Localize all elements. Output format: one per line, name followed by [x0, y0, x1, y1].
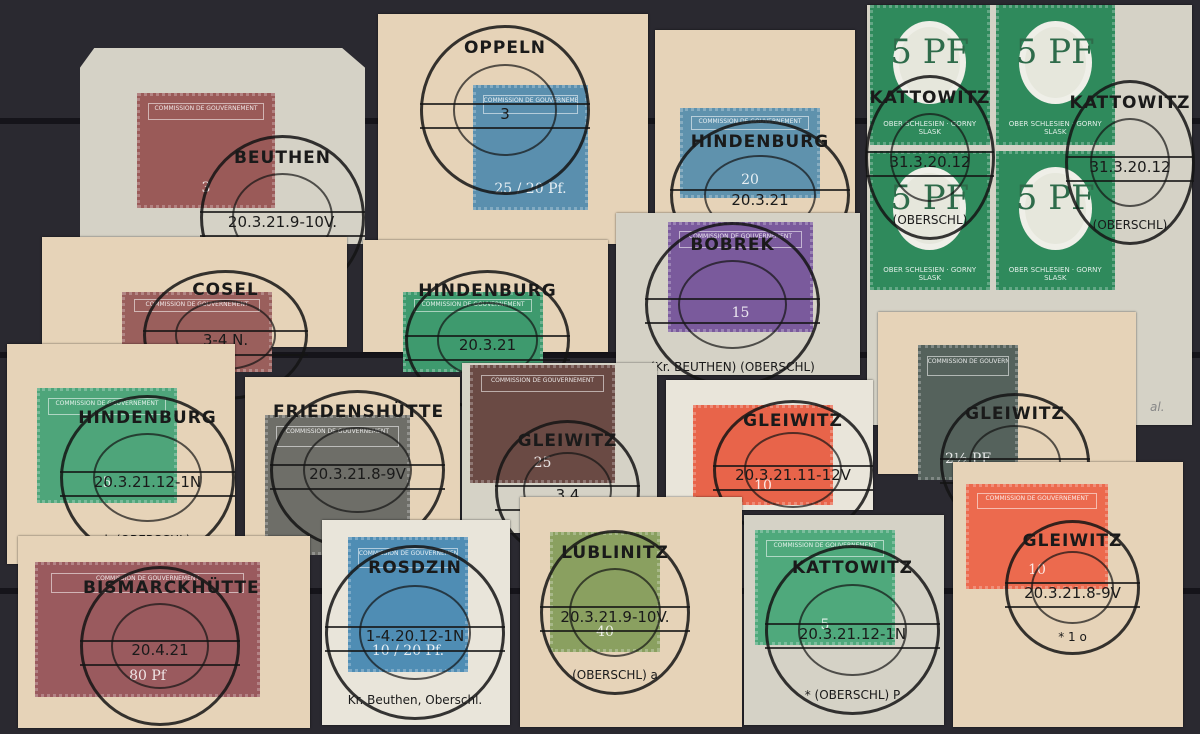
postmark-bismarckhuette: BISMARCKHÜTTE 20.4.21 [80, 566, 240, 726]
postmark-date-bar [645, 298, 821, 324]
postmark-gleiwitz-o: GLEIWITZ 20.3.21.8-9V * 1 o [1005, 520, 1140, 655]
stamp-label: OBER SCHLESIEN · GORNY SLASK [873, 266, 987, 282]
postmark-town: LUBLINITZ [543, 543, 687, 563]
postmark-town: GLEIWITZ [1008, 531, 1137, 551]
postmark-town: GLEIWITZ [943, 404, 1087, 424]
stamp-header: COMMISSION DE GOUVERNEMENT [148, 103, 264, 120]
postmark-kattowitz-block-margin: KATTOWITZ 31.3.20.12 (OBERSCHL) [1065, 80, 1195, 245]
postmark-town: COSEL [146, 280, 305, 300]
postmark-date: 20.3.21.9-10V. [543, 608, 687, 626]
postmark-town: HINDENBURG [408, 281, 567, 301]
stamp-value: 5 PF [873, 32, 987, 72]
postmark-subtext: (Kr. BEUTHEN) (OBERSCHL) [648, 360, 817, 374]
postmark-town: KATTOWITZ [868, 88, 992, 108]
postmark-town: GLEIWITZ [498, 431, 637, 451]
postmark-date: 31.3.20.12 [1068, 158, 1192, 176]
postmark-subtext: Kr. Beuthen, Oberschl. [328, 693, 502, 707]
postmark-town: OPPELN [423, 38, 587, 58]
stamp-header: COMMISSION DE GOUVERNEMENT [977, 493, 1097, 509]
postmark-kattowitz-p: KATTOWITZ 20.3.21.12-1N * (OBERSCHL) P [765, 545, 940, 715]
postmark-oppeln: OPPELN 3 [420, 25, 590, 195]
postmark-town: ROSDZIN [328, 558, 502, 578]
postmark-date: 1-4.20.12-1N [328, 627, 502, 645]
pencil-note: al. [1150, 400, 1165, 414]
postmark-subtext: (OBERSCHL) [1068, 218, 1192, 232]
postmark-lublinitz: LUBLINITZ 20.3.21.9-10V. (OBERSCHL) a [540, 530, 690, 695]
postmark-date: 31.3.20.12 [868, 153, 992, 171]
postmark-date: 20.3.21 [673, 191, 847, 209]
postmark-date: 20.3.21.12-1N [63, 473, 232, 491]
stamp-value: 5 PF [999, 32, 1113, 72]
postmark-town: KATTOWITZ [1068, 93, 1192, 113]
stamp-label: OBER SCHLESIEN · GORNY SLASK [999, 266, 1113, 282]
postmark-town: BOBREK [648, 235, 817, 255]
stamp-header: COMMISSION DE GOUVERNEMENT [927, 356, 1010, 376]
postmark-date: 20.3.21.12-1N [768, 625, 937, 643]
postmark-date: 20.3.21.8-9V [273, 465, 442, 483]
postmark-town: HINDENBURG [673, 132, 847, 152]
postmark-subtext: (OBERSCHL) a [543, 668, 687, 682]
postmark-kattowitz-block: KATTOWITZ 31.3.20.12 (OBERSCHL) [865, 75, 995, 240]
postmark-subtext: * 1 o [1008, 630, 1137, 644]
postmark-town: GLEIWITZ [716, 411, 870, 431]
postmark-town: KATTOWITZ [768, 558, 937, 578]
postmark-date: 20.4.21 [83, 641, 237, 659]
postmark-town: BISMARCKHÜTTE [83, 578, 237, 598]
postmark-town: FRIEDENSHÜTTE [273, 402, 442, 422]
postmark-town: HINDENBURG [63, 408, 232, 428]
postmark-town: BEUTHEN [203, 148, 362, 168]
postmark-date: 20.3.21.9-10V. [203, 213, 362, 231]
postmark-date: 20.3.21.8-9V [1008, 584, 1137, 602]
postmark-date: 20.3.21.11-12V [716, 466, 870, 484]
postmark-date: 20.3.21 [408, 336, 567, 354]
postmark-bobrek: BOBREK (Kr. BEUTHEN) (OBERSCHL) [645, 222, 820, 387]
postmark-subtext: (OBERSCHL) [868, 213, 992, 227]
stamp-header: COMMISSION DE GOUVERNEMENT [481, 375, 603, 393]
postmark-subtext: * (OBERSCHL) P [768, 688, 937, 702]
postmark-beuthen-kr: ROSDZIN 1-4.20.12-1N Kr. Beuthen, Obersc… [325, 545, 505, 720]
postmark-date: 3 [423, 105, 587, 123]
